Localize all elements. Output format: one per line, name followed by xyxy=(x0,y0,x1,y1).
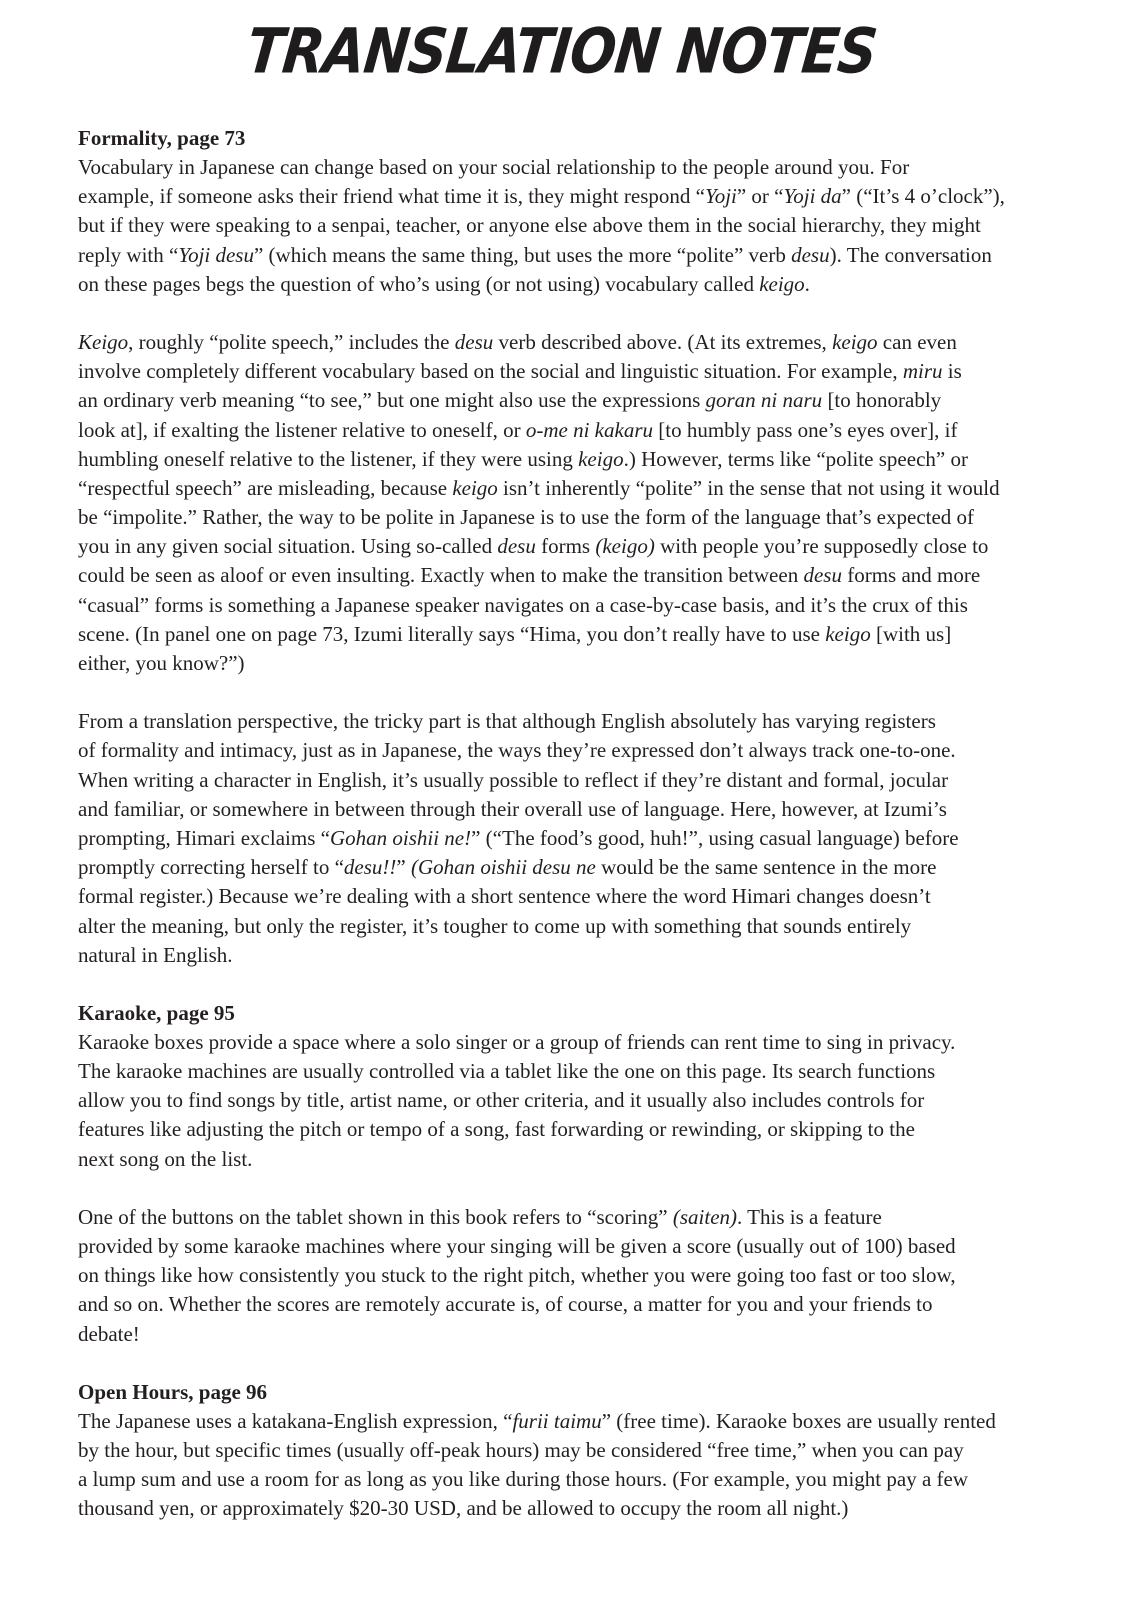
italic-term: desu!! xyxy=(344,855,396,879)
text-line: The Japanese uses a katakana-English exp… xyxy=(78,1407,1078,1436)
italic-term: (keigo) xyxy=(595,534,654,558)
text-line: provided by some karaoke machines where … xyxy=(78,1232,1078,1261)
text-line: and so on. Whether the scores are remote… xyxy=(78,1290,1078,1319)
italic-term: Yoji desu xyxy=(178,243,254,267)
text-line: formal register.) Because we’re dealing … xyxy=(78,882,1078,911)
text-line: One of the buttons on the tablet shown i… xyxy=(78,1203,1078,1232)
italic-term: keigo xyxy=(578,447,623,471)
paragraph: Keigo, roughly “polite speech,” includes… xyxy=(78,328,1078,678)
section-heading: Karaoke, page 95 xyxy=(78,999,1078,1028)
text-line: you in any given social situation. Using… xyxy=(78,532,1078,561)
page-title: TRANSLATION NOTES xyxy=(0,18,1123,87)
section-karaoke: Karaoke, page 95 Karaoke boxes provide a… xyxy=(78,999,1078,1349)
translation-notes-body: Formality, page 73 Vocabulary in Japanes… xyxy=(78,124,1078,1524)
italic-term: desu xyxy=(803,563,842,587)
text-line: alter the meaning, but only the register… xyxy=(78,912,1078,941)
italic-term: Yoji xyxy=(705,184,737,208)
text-line: thousand yen, or approximately $20-30 US… xyxy=(78,1494,1078,1523)
text-line: next song on the list. xyxy=(78,1145,1078,1174)
section-spacer xyxy=(78,970,1078,999)
italic-term: desu xyxy=(791,243,830,267)
text-line: “respectful speech” are misleading, beca… xyxy=(78,474,1078,503)
italic-term: (Gohan oishii desu ne xyxy=(411,855,596,879)
italic-term: keigo xyxy=(825,622,870,646)
section-open-hours: Open Hours, page 96 The Japanese uses a … xyxy=(78,1378,1078,1524)
paragraph: From a translation perspective, the tric… xyxy=(78,707,1078,970)
text-line: example, if someone asks their friend wh… xyxy=(78,182,1078,211)
section-heading: Open Hours, page 96 xyxy=(78,1378,1078,1407)
text-line: but if they were speaking to a senpai, t… xyxy=(78,211,1078,240)
text-line: scene. (In panel one on page 73, Izumi l… xyxy=(78,620,1078,649)
text-line: Keigo, roughly “polite speech,” includes… xyxy=(78,328,1078,357)
text-line: debate! xyxy=(78,1320,1078,1349)
italic-term: desu xyxy=(497,534,536,558)
italic-term: keigo xyxy=(452,476,497,500)
text-line: “casual” forms is something a Japanese s… xyxy=(78,591,1078,620)
text-line: on these pages begs the question of who’… xyxy=(78,270,1078,299)
paragraph: The Japanese uses a katakana-English exp… xyxy=(78,1407,1078,1524)
italic-term: (saiten) xyxy=(673,1205,737,1229)
section-spacer xyxy=(78,1349,1078,1378)
text-line: When writing a character in English, it’… xyxy=(78,766,1078,795)
text-line: by the hour, but specific times (usually… xyxy=(78,1436,1078,1465)
italic-term: Yoji da xyxy=(784,184,842,208)
section-heading: Formality, page 73 xyxy=(78,124,1078,153)
text-line: From a translation perspective, the tric… xyxy=(78,707,1078,736)
text-line: look at], if exalting the listener relat… xyxy=(78,416,1078,445)
italic-term: Keigo xyxy=(78,330,128,354)
paragraph-spacer xyxy=(78,1174,1078,1203)
italic-term: keigo xyxy=(759,272,804,296)
italic-term: Gohan oishii ne! xyxy=(330,826,471,850)
text-line: and familiar, or somewhere in between th… xyxy=(78,795,1078,824)
text-line: prompting, Himari exclaims “Gohan oishii… xyxy=(78,824,1078,853)
italic-term: miru xyxy=(903,359,943,383)
text-line: a lump sum and use a room for as long as… xyxy=(78,1465,1078,1494)
paragraph: One of the buttons on the tablet shown i… xyxy=(78,1203,1078,1349)
text-line: promptly correcting herself to “desu!!” … xyxy=(78,853,1078,882)
italic-term: goran ni naru xyxy=(706,388,823,412)
paragraph: Vocabulary in Japanese can change based … xyxy=(78,153,1078,299)
text-line: involve completely different vocabulary … xyxy=(78,357,1078,386)
text-line: Vocabulary in Japanese can change based … xyxy=(78,153,1078,182)
paragraph-spacer xyxy=(78,678,1078,707)
paragraph: Karaoke boxes provide a space where a so… xyxy=(78,1028,1078,1174)
text-line: of formality and intimacy, just as in Ja… xyxy=(78,736,1078,765)
text-line: either, you know?”) xyxy=(78,649,1078,678)
text-line: could be seen as aloof or even insulting… xyxy=(78,561,1078,590)
text-line: allow you to find songs by title, artist… xyxy=(78,1086,1078,1115)
text-line: an ordinary verb meaning “to see,” but o… xyxy=(78,386,1078,415)
text-line: Karaoke boxes provide a space where a so… xyxy=(78,1028,1078,1057)
section-formality: Formality, page 73 Vocabulary in Japanes… xyxy=(78,124,1078,970)
italic-term: desu xyxy=(455,330,494,354)
text-line: features like adjusting the pitch or tem… xyxy=(78,1115,1078,1144)
text-line: be “impolite.” Rather, the way to be pol… xyxy=(78,503,1078,532)
text-line: on things like how consistently you stuc… xyxy=(78,1261,1078,1290)
italic-term: furii taimu xyxy=(512,1409,601,1433)
text-line: natural in English. xyxy=(78,941,1078,970)
text-line: humbling oneself relative to the listene… xyxy=(78,445,1078,474)
text-line: The karaoke machines are usually control… xyxy=(78,1057,1078,1086)
text-line: reply with “Yoji desu” (which means the … xyxy=(78,241,1078,270)
italic-term: o-me ni kakaru xyxy=(526,418,653,442)
paragraph-spacer xyxy=(78,299,1078,328)
italic-term: keigo xyxy=(832,330,877,354)
